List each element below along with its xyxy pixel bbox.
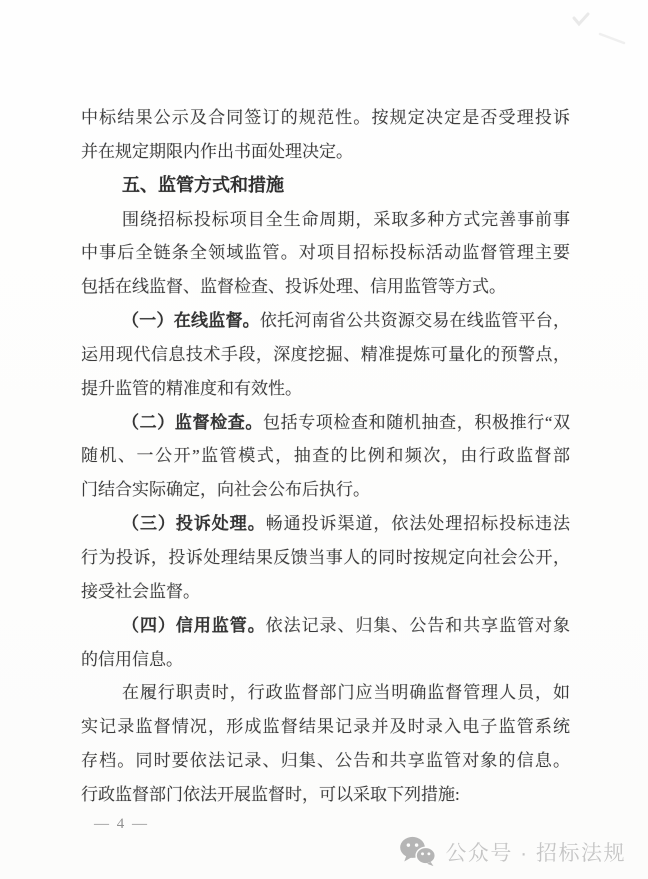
text-line: 行为投诉，投诉处理结果反馈当事人的同时按规定向社会公开，: [81, 541, 570, 575]
line-text: 依托河南省公共资源交易在线监管平台，: [260, 311, 570, 330]
line-lead: （四）信用监管。: [122, 616, 266, 635]
line-text: 围绕招标投标项目全生命周期，采取多种方式完善事前事: [122, 210, 570, 229]
line-text: 五、监管方式和措施: [122, 175, 284, 195]
line-lead: （一）在线监督。: [122, 311, 260, 330]
line-text: 行政监督部门依法开展监督时，可以采取下列措施:: [81, 785, 460, 804]
line-lead: （三）投诉处理。: [122, 514, 266, 533]
watermark-label: 公众号 · 招标法规: [445, 837, 626, 867]
text-line: 在履行职责时，行政监督部门应当明确监督管理人员，如: [81, 676, 570, 710]
text-line: 并在规定期限内作出书面处理决定。: [81, 135, 570, 169]
text-line: 行政监督部门依法开展监督时，可以采取下列措施:: [81, 778, 570, 812]
line-text: 接受社会监督。: [81, 582, 200, 601]
line-text: 包括在线监督、监督检查、投诉处理、信用监管等方式。: [81, 277, 506, 296]
line-text: 在履行职责时，行政监督部门应当明确监督管理人员，如: [122, 683, 570, 702]
document-body: 中标结果公示及合同签订的规范性。按规定决定是否受理投诉 并在规定期限内作出书面处…: [81, 101, 570, 812]
text-line: （二）监督检查。包括专项检查和随机抽查，积极推行“双: [81, 406, 570, 440]
line-lead: （二）监督检查。: [122, 413, 263, 432]
line-text: 依法记录、归集、公告和共享监管对象: [266, 616, 570, 635]
text-line: 运用现代信息技术手段，深度挖掘、精准提炼可量化的预警点，: [81, 338, 570, 372]
text-line: 中标结果公示及合同签订的规范性。按规定决定是否受理投诉: [81, 101, 570, 135]
text-line: （三）投诉处理。畅通投诉渠道，依法处理招标投标违法: [81, 507, 570, 541]
text-line: 存档。同时要依法记录、归集、公告和共享监管对象的信息。: [81, 744, 570, 778]
text-line: 门结合实际确定，向社会公布后执行。: [81, 473, 570, 507]
text-line: 随机、一公开”监管模式，抽查的比例和频次，由行政监督部: [81, 439, 570, 473]
text-line: 的信用信息。: [81, 643, 570, 677]
line-text: 包括专项检查和随机抽查，积极推行“双: [263, 413, 570, 432]
text-line: 提升监管的精准度和有效性。: [81, 372, 570, 406]
line-text: 中事后全链条全领域监管。对项目招标投标活动监督管理主要: [81, 243, 570, 262]
line-text: 畅通投诉渠道，依法处理招标投标违法: [266, 514, 570, 533]
line-text: 并在规定期限内作出书面处理决定。: [81, 142, 353, 161]
line-text: 的信用信息。: [81, 650, 183, 669]
line-text: 中标结果公示及合同签订的规范性。按规定决定是否受理投诉: [81, 108, 570, 127]
text-line: （四）信用监管。依法记录、归集、公告和共享监管对象: [81, 609, 570, 643]
line-text: 行为投诉，投诉处理结果反馈当事人的同时按规定向社会公开，: [81, 548, 570, 567]
page-number: — 4 —: [94, 816, 149, 833]
line-text: 随机、一公开”监管模式，抽查的比例和频次，由行政监督部: [81, 446, 570, 465]
line-text: 实记录监督情况，形成监督结果记录并及时录入电子监管系统: [81, 717, 570, 736]
watermark: 公众号 · 招标法规: [399, 836, 626, 867]
wechat-icon: [399, 836, 436, 867]
line-text: 运用现代信息技术手段，深度挖掘、精准提炼可量化的预警点，: [81, 345, 570, 364]
text-line: （一）在线监督。依托河南省公共资源交易在线监管平台，: [81, 304, 570, 338]
text-line: 接受社会监督。: [81, 575, 570, 609]
line-text: 门结合实际确定，向社会公布后执行。: [81, 480, 370, 499]
line-text: 存档。同时要依法记录、归集、公告和共享监管对象的信息。: [81, 751, 570, 770]
line-text: 提升监管的精准度和有效性。: [81, 379, 302, 398]
text-line: 实记录监督情况，形成监督结果记录并及时录入电子监管系统: [81, 710, 570, 744]
text-line: 围绕招标投标项目全生命周期，采取多种方式完善事前事: [81, 203, 570, 237]
text-line: 五、监管方式和措施: [81, 169, 570, 203]
text-line: 包括在线监督、监督检查、投诉处理、信用监管等方式。: [81, 270, 570, 304]
text-line: 中事后全链条全领域监管。对项目招标投标活动监督管理主要: [81, 236, 570, 270]
